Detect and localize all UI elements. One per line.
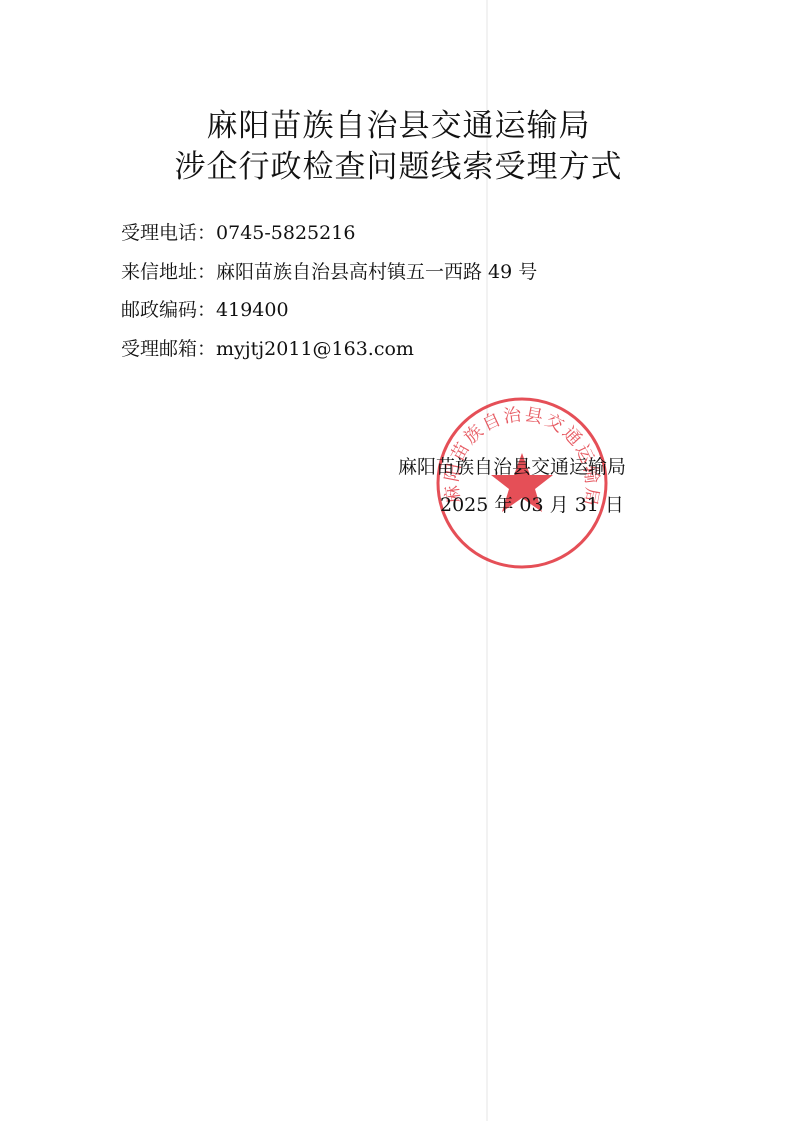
signature-block: 麻阳苗族自治县交通运输局 2025 年 03 月 31 日 [398, 448, 626, 524]
signature-organization: 麻阳苗族自治县交通运输局 [398, 448, 626, 486]
field-value: 麻阳苗族自治县高村镇五一西路 49 号 [216, 261, 537, 283]
signature-date: 2025 年 03 月 31 日 [398, 486, 626, 524]
field-phone: 受理电话：0745-5825216 [121, 214, 537, 253]
field-value: myjtj2011@163.com [216, 338, 414, 360]
field-address: 来信地址：麻阳苗族自治县高村镇五一西路 49 号 [121, 253, 537, 292]
field-postcode: 邮政编码：419400 [121, 291, 537, 330]
field-label: 受理邮箱： [121, 338, 216, 360]
field-email: 受理邮箱：myjtj2011@163.com [121, 330, 537, 369]
field-label: 来信地址： [121, 261, 216, 283]
field-value: 419400 [216, 299, 289, 321]
document-title-line1: 麻阳苗族自治县交通运输局 [2, 100, 793, 145]
document-title-line2: 涉企行政检查问题线索受理方式 [2, 141, 793, 186]
field-label: 受理电话： [121, 222, 216, 244]
contact-info: 受理电话：0745-5825216 来信地址：麻阳苗族自治县高村镇五一西路 49… [121, 214, 537, 368]
field-value: 0745-5825216 [216, 222, 355, 244]
field-label: 邮政编码： [121, 299, 216, 321]
